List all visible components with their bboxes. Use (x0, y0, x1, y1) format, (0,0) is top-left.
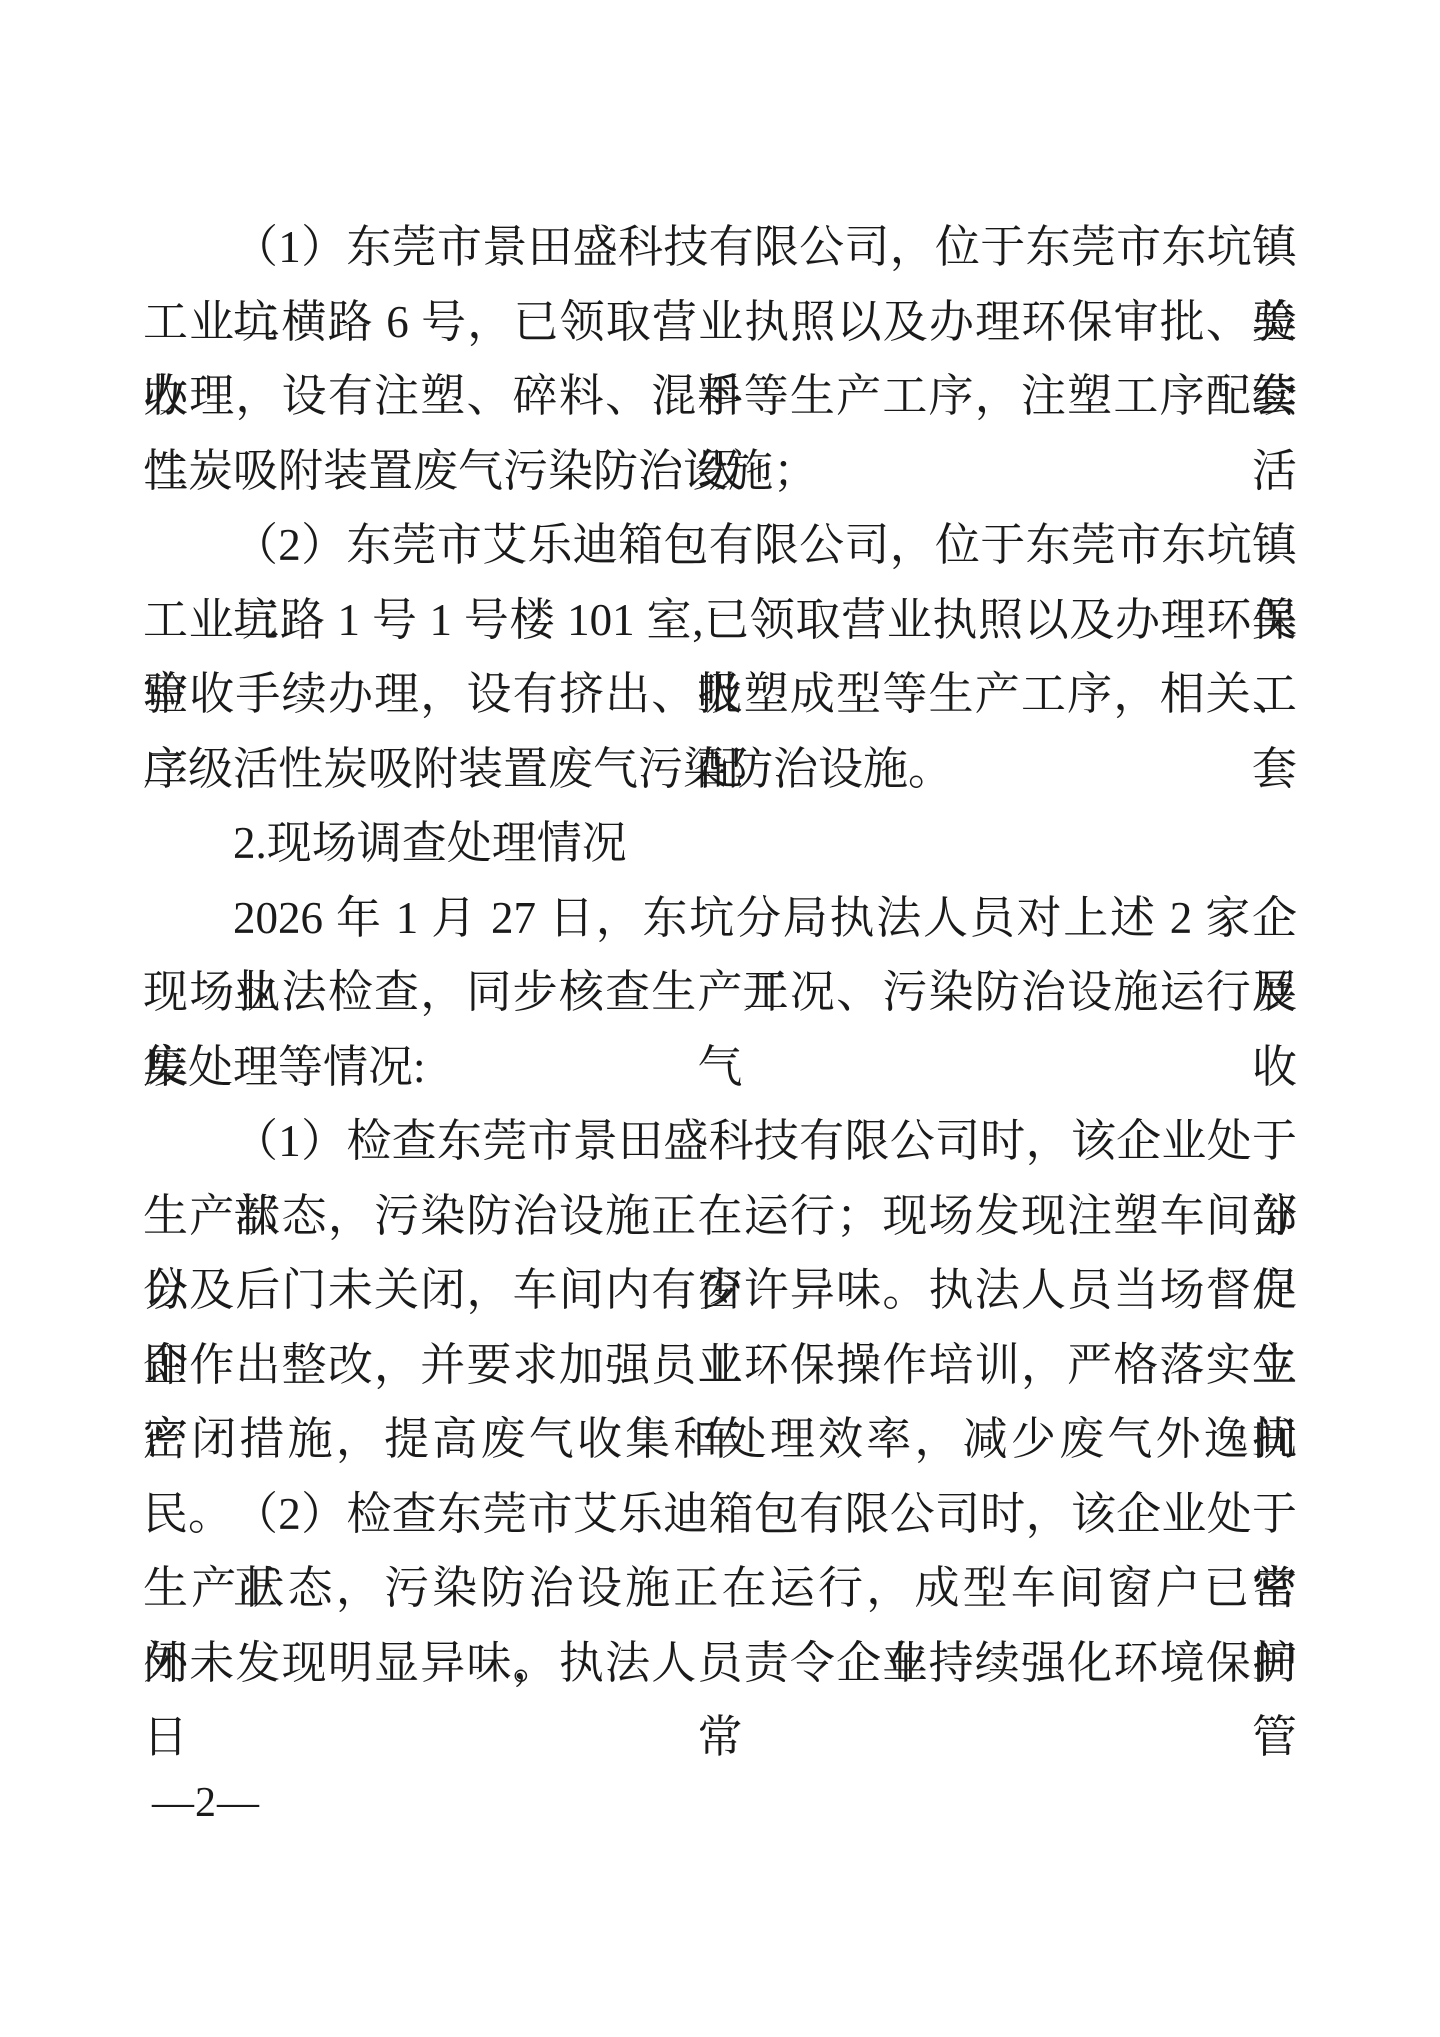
text-line: 2.现场调查处理情况 (143, 806, 1297, 881)
text-line: （2）东莞市艾乐迪箱包有限公司，位于东莞市东坑镇坑美 (143, 508, 1297, 583)
text-line: 现场执法检查，同步核查生产工况、污染防治设施运行及废气收 (143, 955, 1297, 1030)
text-line: 2026 年 1 月 27 日，东坑分局执法人员对上述 2 家企业开展 (143, 881, 1297, 956)
text-line: 以及后门未关闭，车间内有少许异味。执法人员当场督促企业立 (143, 1253, 1297, 1328)
text-line: 办理，设有注塑、碎料、混料等生产工序，注塑工序配套二级活 (143, 359, 1297, 434)
document-body: （1）东莞市景田盛科技有限公司，位于东莞市东坑镇坑美工业二横路 6 号，已领取营… (143, 210, 1297, 1700)
page-number: —2— (152, 1778, 260, 1828)
text-line: 生产状态，污染防治设施正在运行，成型车间窗户已密闭，车间 (143, 1551, 1297, 1626)
text-line: 生产状态，污染防治设施正在运行；现场发现注塑车间部分窗户 (143, 1179, 1297, 1254)
text-line: 验收手续办理，设有挤出、吸塑成型等生产工序，相关工序配套 (143, 657, 1297, 732)
text-line: （1）东莞市景田盛科技有限公司，位于东莞市东坑镇坑美 (143, 210, 1297, 285)
text-line: 外未发现明显异味。执法人员责令企业持续强化环境保护日常管 (143, 1626, 1297, 1701)
text-line: 工业二横路 6 号，已领取营业执照以及办理环保审批、验收手续 (143, 285, 1297, 360)
text-line: 即作出整改，并要求加强员工环保操作培训，严格落实生产车间 (143, 1328, 1297, 1403)
text-line: 工业三路 1 号 1 号楼 101 室,已领取营业执照以及办理环保审批、 (143, 583, 1297, 658)
text-line: （1）检查东莞市景田盛科技有限公司时，该企业处于部分 (143, 1104, 1297, 1179)
text-line: （2）检查东莞市艾乐迪箱包有限公司时，该企业处于正常 (143, 1477, 1297, 1552)
text-line: 密闭措施，提高废气收集和处理效率，减少废气外逸扰民。 (143, 1402, 1297, 1477)
document-page: （1）东莞市景田盛科技有限公司，位于东莞市东坑镇坑美工业二横路 6 号，已领取营… (0, 0, 1440, 2037)
